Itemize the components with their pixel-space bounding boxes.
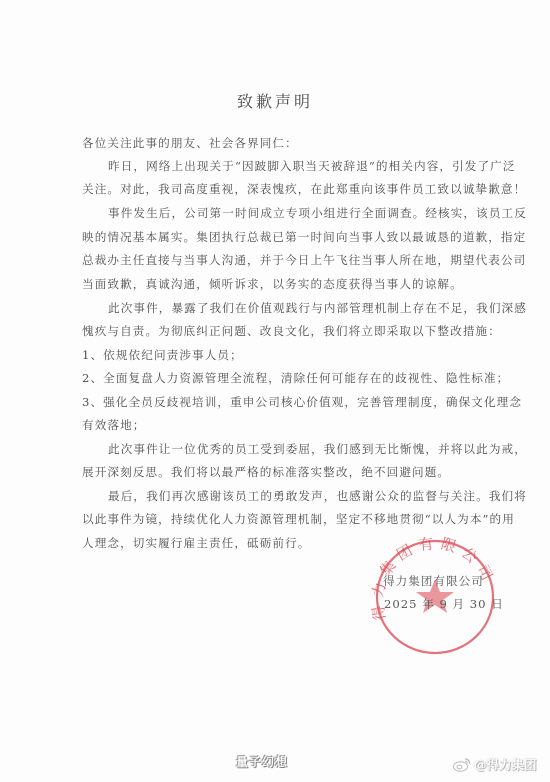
letter-line: 1、依规依纪问责涉事人员； (82, 347, 482, 363)
watermark-center: 量子幻想 (236, 753, 288, 770)
letter-line: 事件发生后，公司第一时间成立专项小组进行全面调查。经核实，该员工反 (108, 205, 508, 221)
weibo-icon (453, 757, 471, 772)
signature-date: 2025 年 9 月 30 日 (384, 596, 504, 612)
weibo-handle: @得力集团 (474, 755, 537, 773)
letter-line: 关注。对此，我司高度重视，深表愧疚，在此郑重向该事件员工致以诚挚歉意！ (82, 181, 482, 197)
letter-line: 总裁办主任直接与当事人沟通，并于今日上午飞往当事人所在地，期望代表公司 (82, 252, 482, 268)
letter-line: 愧疚与自责。为彻底纠正问题、改良文化，我们将立即采取以下整改措施： (82, 323, 482, 339)
document-title: 致歉声明 (0, 89, 550, 112)
letter-line: 有效落地； (82, 417, 482, 433)
letter-line: 3、强化全员反歧视培训，重申公司核心价值观，完善管理制度，确保文化理念 (82, 394, 482, 410)
letter-line: 此次事件让一位优秀的员工受到委屈，我们感到无比惭愧，并将以此为戒， (108, 441, 508, 457)
letter-line: 映的情况基本属实。集团执行总裁已第一时间向当事人致以最诚恳的道歉，指定 (82, 229, 482, 245)
letter-line: 昨日，网络上出现关于“因跛脚入职当天被辞退”的相关内容，引发了广泛 (108, 158, 508, 174)
letter-line: 当面致歉，真诚沟通，倾听诉求，以务实的态度获得当事人的谅解。 (82, 276, 482, 292)
letter-line: 最后，我们再次感谢该员工的勇敢发声，也感谢公众的监督与关注。我们将 (108, 488, 508, 504)
weibo-watermark: @得力集团 (453, 755, 537, 773)
letter-line: 此次事件，暴露了我们在价值观践行与内部管理机制上存在不足，我们深感 (108, 300, 508, 316)
letter-line: 以此事件为镜，持续优化人力资源管理机制，坚定不移地贯彻“以人为本”的用 (82, 511, 482, 527)
letter-line: 2、全面复盘人力资源管理全流程，清除任何可能存在的歧视性、隐性标准； (82, 370, 482, 386)
salutation: 各位关注此事的朋友、社会各界同仁： (82, 135, 482, 151)
letter-line: 展开深刻反思。我们将以最严格的标准落实整改，绝不回避问题。 (82, 464, 482, 480)
signature-company: 得力集团有限公司 (383, 573, 484, 589)
